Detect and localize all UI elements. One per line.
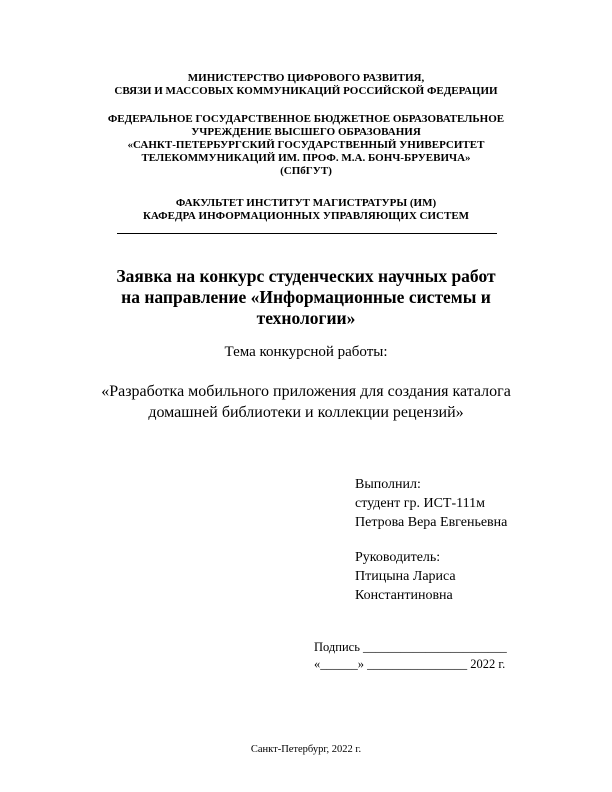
date-line: «______» ________________ 2022 г. bbox=[314, 656, 505, 673]
topic-line-2: домашней библиотеки и коллекции рецензий… bbox=[0, 402, 612, 423]
author-name: Петрова Вера Евгеньевна bbox=[355, 513, 507, 532]
topic-line-1: «Разработка мобильного приложения для со… bbox=[0, 381, 612, 402]
faculty-line: ФАКУЛЬТЕТ ИНСТИТУТ МАГИСТРАТУРЫ (ИМ) bbox=[0, 197, 612, 210]
university-header: ФЕДЕРАЛЬНОЕ ГОСУДАРСТВЕННОЕ БЮДЖЕТНОЕ ОБ… bbox=[0, 113, 612, 178]
department-line: КАФЕДРА ИНФОРМАЦИОННЫХ УПРАВЛЯЮЩИХ СИСТЕ… bbox=[0, 210, 612, 223]
ministry-line-1: МИНИСТЕРСТВО ЦИФРОВОГО РАЗВИТИЯ, bbox=[0, 72, 612, 85]
title-page: МИНИСТЕРСТВО ЦИФРОВОГО РАЗВИТИЯ, СВЯЗИ И… bbox=[0, 0, 612, 792]
author-label: Выполнил: bbox=[355, 475, 507, 494]
supervisor-label: Руководитель: bbox=[355, 548, 456, 567]
author-group: студент гр. ИСТ-111м bbox=[355, 494, 507, 513]
header-divider bbox=[117, 233, 497, 234]
university-line-2: УЧРЕЖДЕНИЕ ВЫСШЕГО ОБРАЗОВАНИЯ bbox=[0, 126, 612, 139]
supervisor-block: Руководитель: Птицына Лариса Константино… bbox=[355, 548, 456, 605]
supervisor-name-line-1: Птицына Лариса bbox=[355, 567, 456, 586]
supervisor-name-line-2: Константиновна bbox=[355, 586, 456, 605]
footer-place-year: Санкт-Петербург, 2022 г. bbox=[0, 743, 612, 756]
title-line-1: Заявка на конкурс студенческих научных р… bbox=[0, 266, 612, 287]
topic-label: Тема конкурсной работы: bbox=[0, 343, 612, 361]
signature-line: Подпись _______________________ bbox=[314, 639, 507, 656]
title-line-3: технологии» bbox=[0, 308, 612, 329]
author-block: Выполнил: студент гр. ИСТ-111м Петрова В… bbox=[355, 475, 507, 532]
university-abbreviation: (СПбГУТ) bbox=[0, 165, 612, 178]
document-title: Заявка на конкурс студенческих научных р… bbox=[0, 266, 612, 329]
topic-text: «Разработка мобильного приложения для со… bbox=[0, 381, 612, 423]
ministry-line-2: СВЯЗИ И МАССОВЫХ КОММУНИКАЦИЙ РОССИЙСКОЙ… bbox=[0, 85, 612, 98]
university-line-1: ФЕДЕРАЛЬНОЕ ГОСУДАРСТВЕННОЕ БЮДЖЕТНОЕ ОБ… bbox=[0, 113, 612, 126]
ministry-header: МИНИСТЕРСТВО ЦИФРОВОГО РАЗВИТИЯ, СВЯЗИ И… bbox=[0, 72, 612, 98]
faculty-header: ФАКУЛЬТЕТ ИНСТИТУТ МАГИСТРАТУРЫ (ИМ) КАФ… bbox=[0, 197, 612, 223]
title-line-2: на направление «Информационные системы и bbox=[0, 287, 612, 308]
university-line-4: ТЕЛЕКОММУНИКАЦИЙ ИМ. ПРОФ. М.А. БОНЧ-БРУ… bbox=[0, 152, 612, 165]
university-line-3: «САНКТ-ПЕТЕРБУРГСКИЙ ГОСУДАРСТВЕННЫЙ УНИ… bbox=[0, 139, 612, 152]
